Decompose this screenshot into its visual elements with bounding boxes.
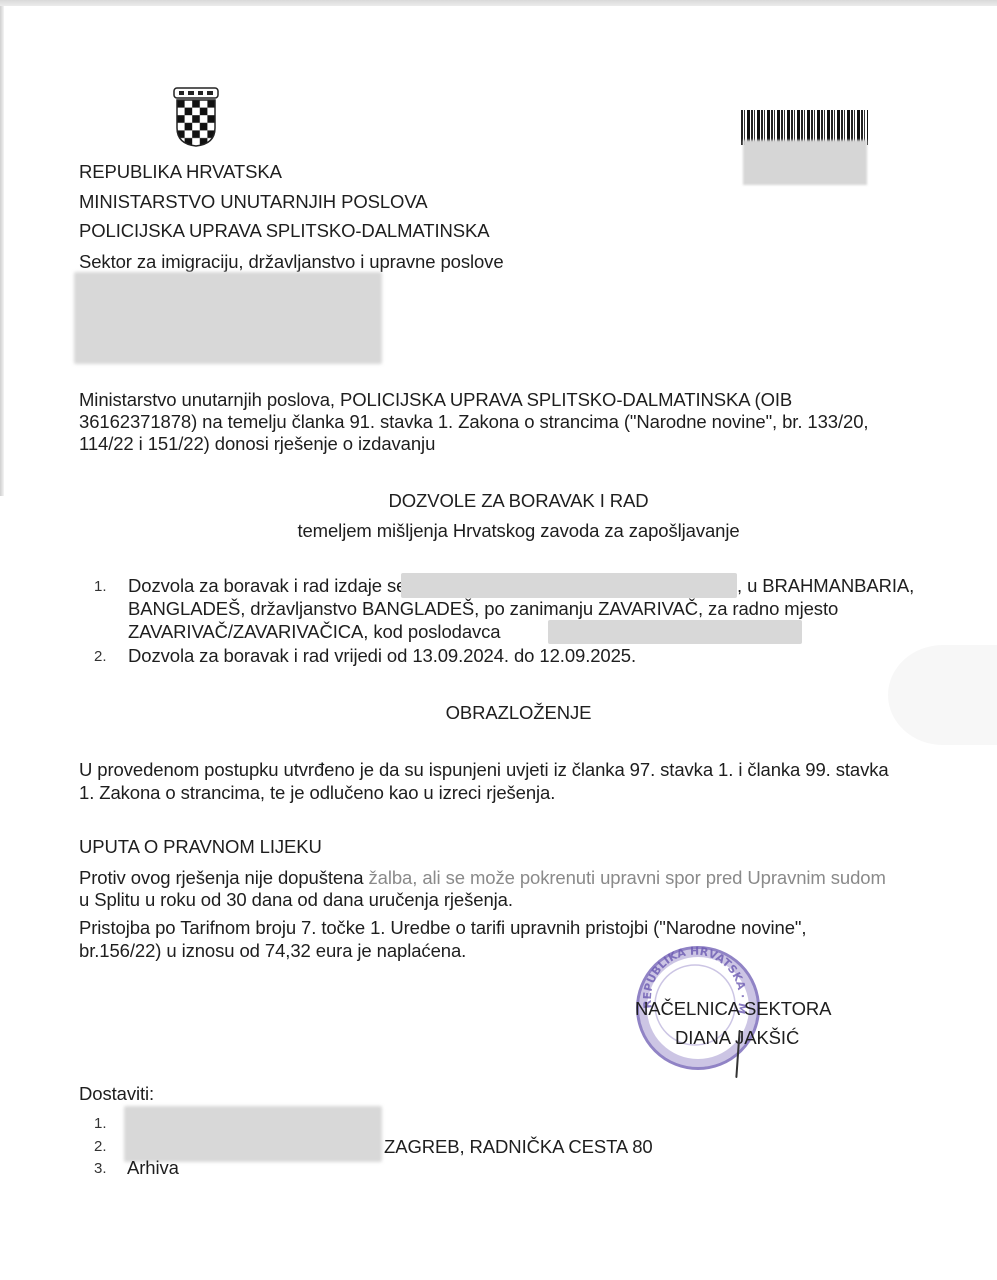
fee-line-1: Pristojba po Tarifnom broju 7. točke 1. …	[79, 917, 806, 939]
signatory-title: NAČELNICA SEKTORA	[635, 998, 831, 1020]
decision-item-1-text-end: , u BRAHMANBARIA,	[737, 575, 914, 597]
redacted-reference-block	[74, 272, 382, 364]
intro-line-1: Ministarstvo unutarnjih poslova, POLICIJ…	[79, 389, 792, 411]
faint-watermark	[888, 645, 997, 745]
header-sector: Sektor za imigraciju, državljanstvo i up…	[79, 251, 504, 273]
delivery-item-1-number: 1.	[94, 1113, 107, 1135]
redacted-applicant-name	[401, 573, 737, 598]
redacted-employer-name	[548, 620, 802, 644]
decision-item-1-line-3: ZAVARIVAČ/ZAVARIVAČICA, kod poslodavca	[128, 621, 501, 643]
croatian-coat-of-arms-icon	[171, 86, 221, 148]
redacted-recipients	[124, 1106, 382, 1162]
legal-remedy-line-1-dark: Protiv ovog rješenja nije dopuštena	[79, 867, 363, 888]
page-left-edge	[0, 6, 4, 496]
header-police-administration: POLICIJSKA UPRAVA SPLITSKO-DALMATINSKA	[79, 220, 490, 242]
delivery-item-2-number: 2.	[94, 1136, 107, 1158]
barcode-redaction	[743, 140, 867, 185]
document-title: DOZVOLE ZA BORAVAK I RAD	[20, 490, 997, 512]
decision-item-1-number: 1.	[94, 576, 107, 598]
decision-item-1-line-2: BANGLADEŠ, državljanstvo BANGLADEŠ, po z…	[128, 598, 838, 620]
reasoning-line-2: 1. Zakona o strancima, te je odlučeno ka…	[79, 782, 555, 804]
intro-line-3: 114/22 i 151/22) donosi rješenje o izdav…	[79, 433, 435, 455]
barcode	[741, 110, 868, 185]
page-top-edge	[0, 0, 997, 6]
fee-line-2: br.156/22) u iznosu od 74,32 eura je nap…	[79, 940, 466, 962]
legal-remedy-heading: UPUTA O PRAVNOM LIJEKU	[79, 836, 322, 858]
delivery-item-3-text: Arhiva	[127, 1157, 179, 1179]
delivery-heading: Dostaviti:	[79, 1083, 154, 1105]
decision-item-2-number: 2.	[94, 646, 107, 668]
delivery-item-3-number: 3.	[94, 1158, 107, 1180]
document-subtitle: temeljem mišljenja Hrvatskog zavoda za z…	[20, 520, 997, 542]
intro-line-2: 36162371878) na temelju članka 91. stavk…	[79, 411, 868, 433]
legal-remedy-line-1: Protiv ovog rješenja nije dopuštena žalb…	[79, 867, 886, 889]
header-ministry: MINISTARSTVO UNUTARNJIH POSLOVA	[79, 191, 427, 213]
header-country: REPUBLIKA HRVATSKA	[79, 161, 282, 183]
reasoning-heading: OBRAZLOŽENJE	[20, 702, 997, 724]
delivery-item-2-text: ZAGREB, RADNIČKA CESTA 80	[384, 1136, 653, 1158]
decision-item-2-text: Dozvola za boravak i rad vrijedi od 13.0…	[128, 645, 636, 667]
legal-remedy-line-1-grey: žalba, ali se može pokrenuti upravni spo…	[369, 867, 886, 888]
reasoning-line-1: U provedenom postupku utvrđeno je da su …	[79, 759, 889, 781]
decision-item-1-text-start: Dozvola za boravak i rad izdaje se	[128, 575, 406, 597]
legal-remedy-line-2: u Splitu u roku od 30 dana od dana uruče…	[79, 889, 513, 911]
